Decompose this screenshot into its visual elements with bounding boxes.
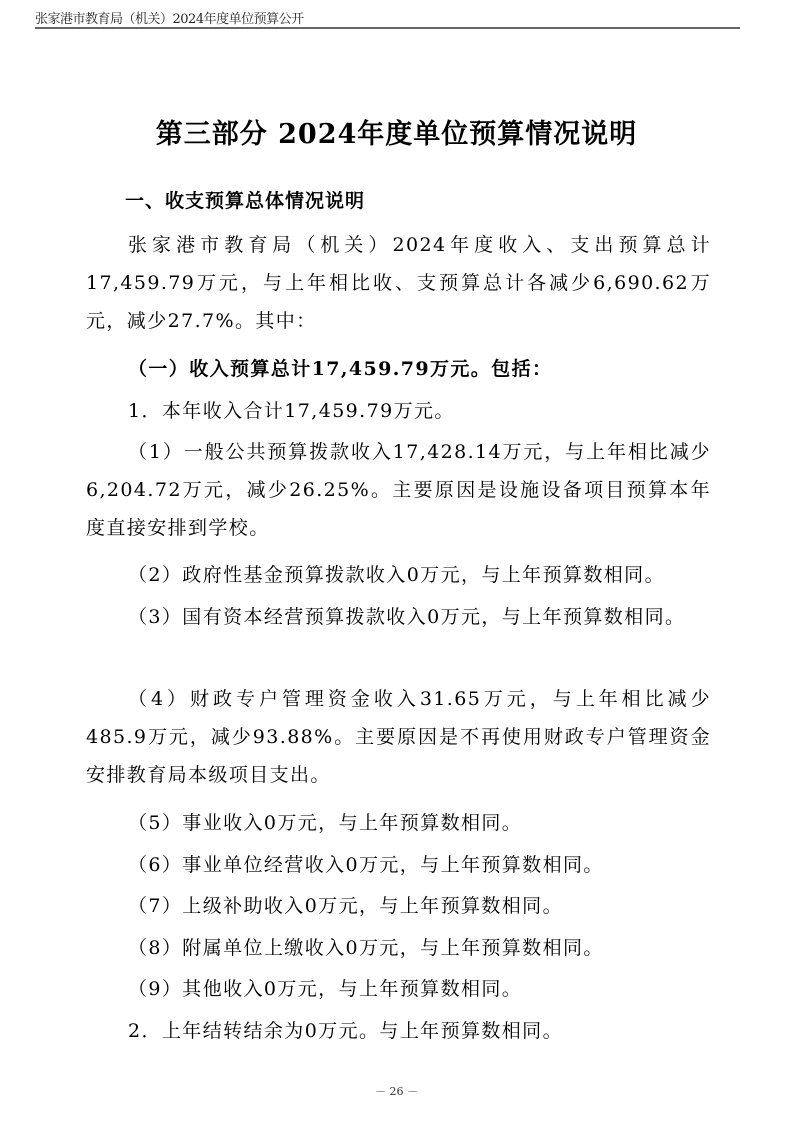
paragraph-income-total: （一）收入预算总计17,459.79万元。包括： (86, 350, 711, 388)
running-header: 张家港市教育局（机关）2024年度单位预算公开 (35, 8, 304, 27)
paragraph-item-5: （5）事业收入0万元，与上年预算数相同。 (86, 804, 711, 842)
paragraph-item-7: （7）上级补助收入0万元，与上年预算数相同。 (86, 887, 711, 925)
paragraph-item-1: （1）一般公共预算拨款收入17,428.14万元，与上年相比减少6,204.72… (86, 433, 711, 547)
paragraph-carryover: 2．上年结转结余为0万元。与上年预算数相同。 (86, 1012, 711, 1050)
paragraph-item-3: （3）国有资本经营预算拨款收入0万元，与上年预算数相同。 (86, 598, 711, 636)
section-heading: 一、收支预算总体情况说明 (125, 186, 365, 213)
page-title: 第三部分 2024年度单位预算情况说明 (0, 112, 793, 151)
paragraph-summary: 张家港市教育局（机关）2024年度收入、支出预算总计17,459.79万元，与上… (86, 226, 711, 340)
page-number: － 26 － (0, 1083, 793, 1099)
paragraph-item-6: （6）事业单位经营收入0万元，与上年预算数相同。 (86, 846, 711, 884)
paragraph-current-year-income: 1．本年收入合计17,459.79万元。 (86, 392, 711, 430)
paragraph-item-2: （2）政府性基金预算拨款收入0万元，与上年预算数相同。 (86, 556, 711, 594)
paragraph-item-4: （4）财政专户管理资金收入31.65万元，与上年相比减少485.9万元，减少93… (86, 680, 711, 794)
header-divider (35, 27, 740, 29)
paragraph-item-9: （9）其他收入0万元，与上年预算数相同。 (86, 970, 711, 1008)
paragraph-item-8: （8）附属单位上缴收入0万元，与上年预算数相同。 (86, 929, 711, 967)
